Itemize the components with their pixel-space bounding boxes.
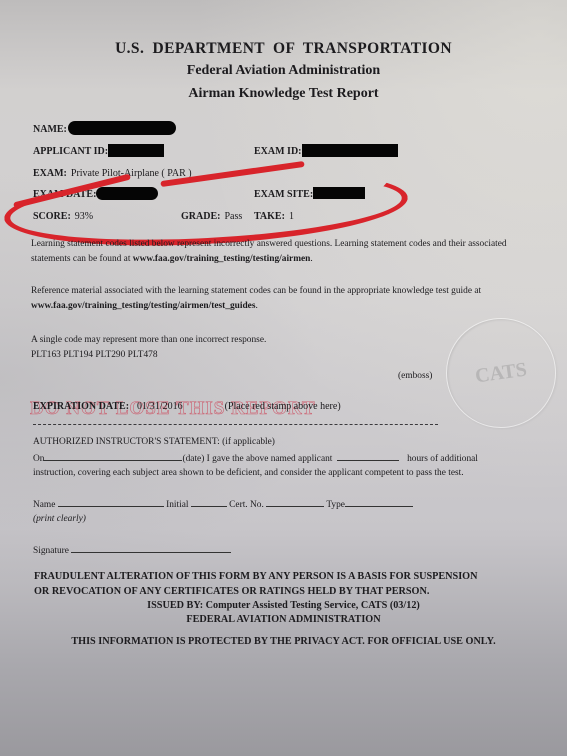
applicant-id-label: APPLICANT ID: [33,146,108,157]
report-title: Airman Knowledge Test Report [0,86,567,102]
type-blank[interactable] [345,497,413,507]
applicant-id-row: APPLICANT ID: [33,141,164,159]
name-redaction [68,121,176,135]
expiration-label: EXPIRATION DATE: [33,401,129,412]
initial-blank[interactable] [191,497,227,507]
single-code-note: A single code may represent more than on… [31,333,266,348]
emboss-seal: CATS [439,311,563,435]
hours-blank[interactable] [337,451,399,461]
exam-id-label: EXAM ID: [254,146,302,157]
reference-material-paragraph: Reference material associated with the l… [31,284,521,314]
issued-by: ISSUED BY: Computer Assisted Testing Ser… [0,600,567,611]
signature-blank[interactable] [71,543,231,553]
exam-id-row: EXAM ID: [254,141,398,159]
instructor-line2: instruction, covering each subject area … [33,466,464,481]
name-label: NAME: [33,124,67,135]
exam-label: EXAM: [33,168,67,179]
reference-url: www.faa.gov/training_testing/testing/air… [31,301,255,311]
instructor-line1: On(date) I gave the above named applican… [33,451,478,467]
expiration-value: 01/31/2016 [137,401,183,412]
instructor-name-blank[interactable] [58,497,164,507]
print-clearly-note: (print clearly) [33,512,86,527]
name-row: NAME: [33,119,176,137]
learning-url: www.faa.gov/training_testing/testing/air… [133,254,311,264]
instructor-heading: AUTHORIZED INSTRUCTOR'S STATEMENT: (if a… [33,435,275,450]
department-title: U.S. DEPARTMENT OF TRANSPORTATION [0,40,567,58]
cert-number-blank[interactable] [266,497,324,507]
agency-title: Federal Aviation Administration [0,63,567,79]
expiration-row: EXPIRATION DATE: 01/31/2016 (Place red s… [33,396,341,414]
cut-line [33,424,438,425]
date-blank[interactable] [44,451,182,461]
fraud-warning-line1: FRAUDULENT ALTERATION OF THIS FORM BY AN… [34,571,477,582]
emboss-label: (emboss) [398,369,432,384]
exam-id-redaction [302,144,398,157]
learning-codes: PLT163 PLT194 PLT290 PLT478 [31,348,158,363]
signature-row: Signature [33,543,231,559]
instructor-details-row: Name Initial Cert. No. Type [33,497,413,513]
learning-statement-paragraph: Learning statement codes listed below re… [31,237,541,267]
test-report-page: U.S. DEPARTMENT OF TRANSPORTATION Federa… [0,0,567,756]
fraud-warning-line2: OR REVOCATION OF ANY CERTIFICATES OR RAT… [34,586,429,597]
stamp-placement-note: (Place red stamp above here) [225,401,341,412]
privacy-notice: THIS INFORMATION IS PROTECTED BY THE PRI… [0,636,567,647]
footer-agency: FEDERAL AVIATION ADMINISTRATION [0,614,567,625]
applicant-id-redaction [108,144,164,157]
